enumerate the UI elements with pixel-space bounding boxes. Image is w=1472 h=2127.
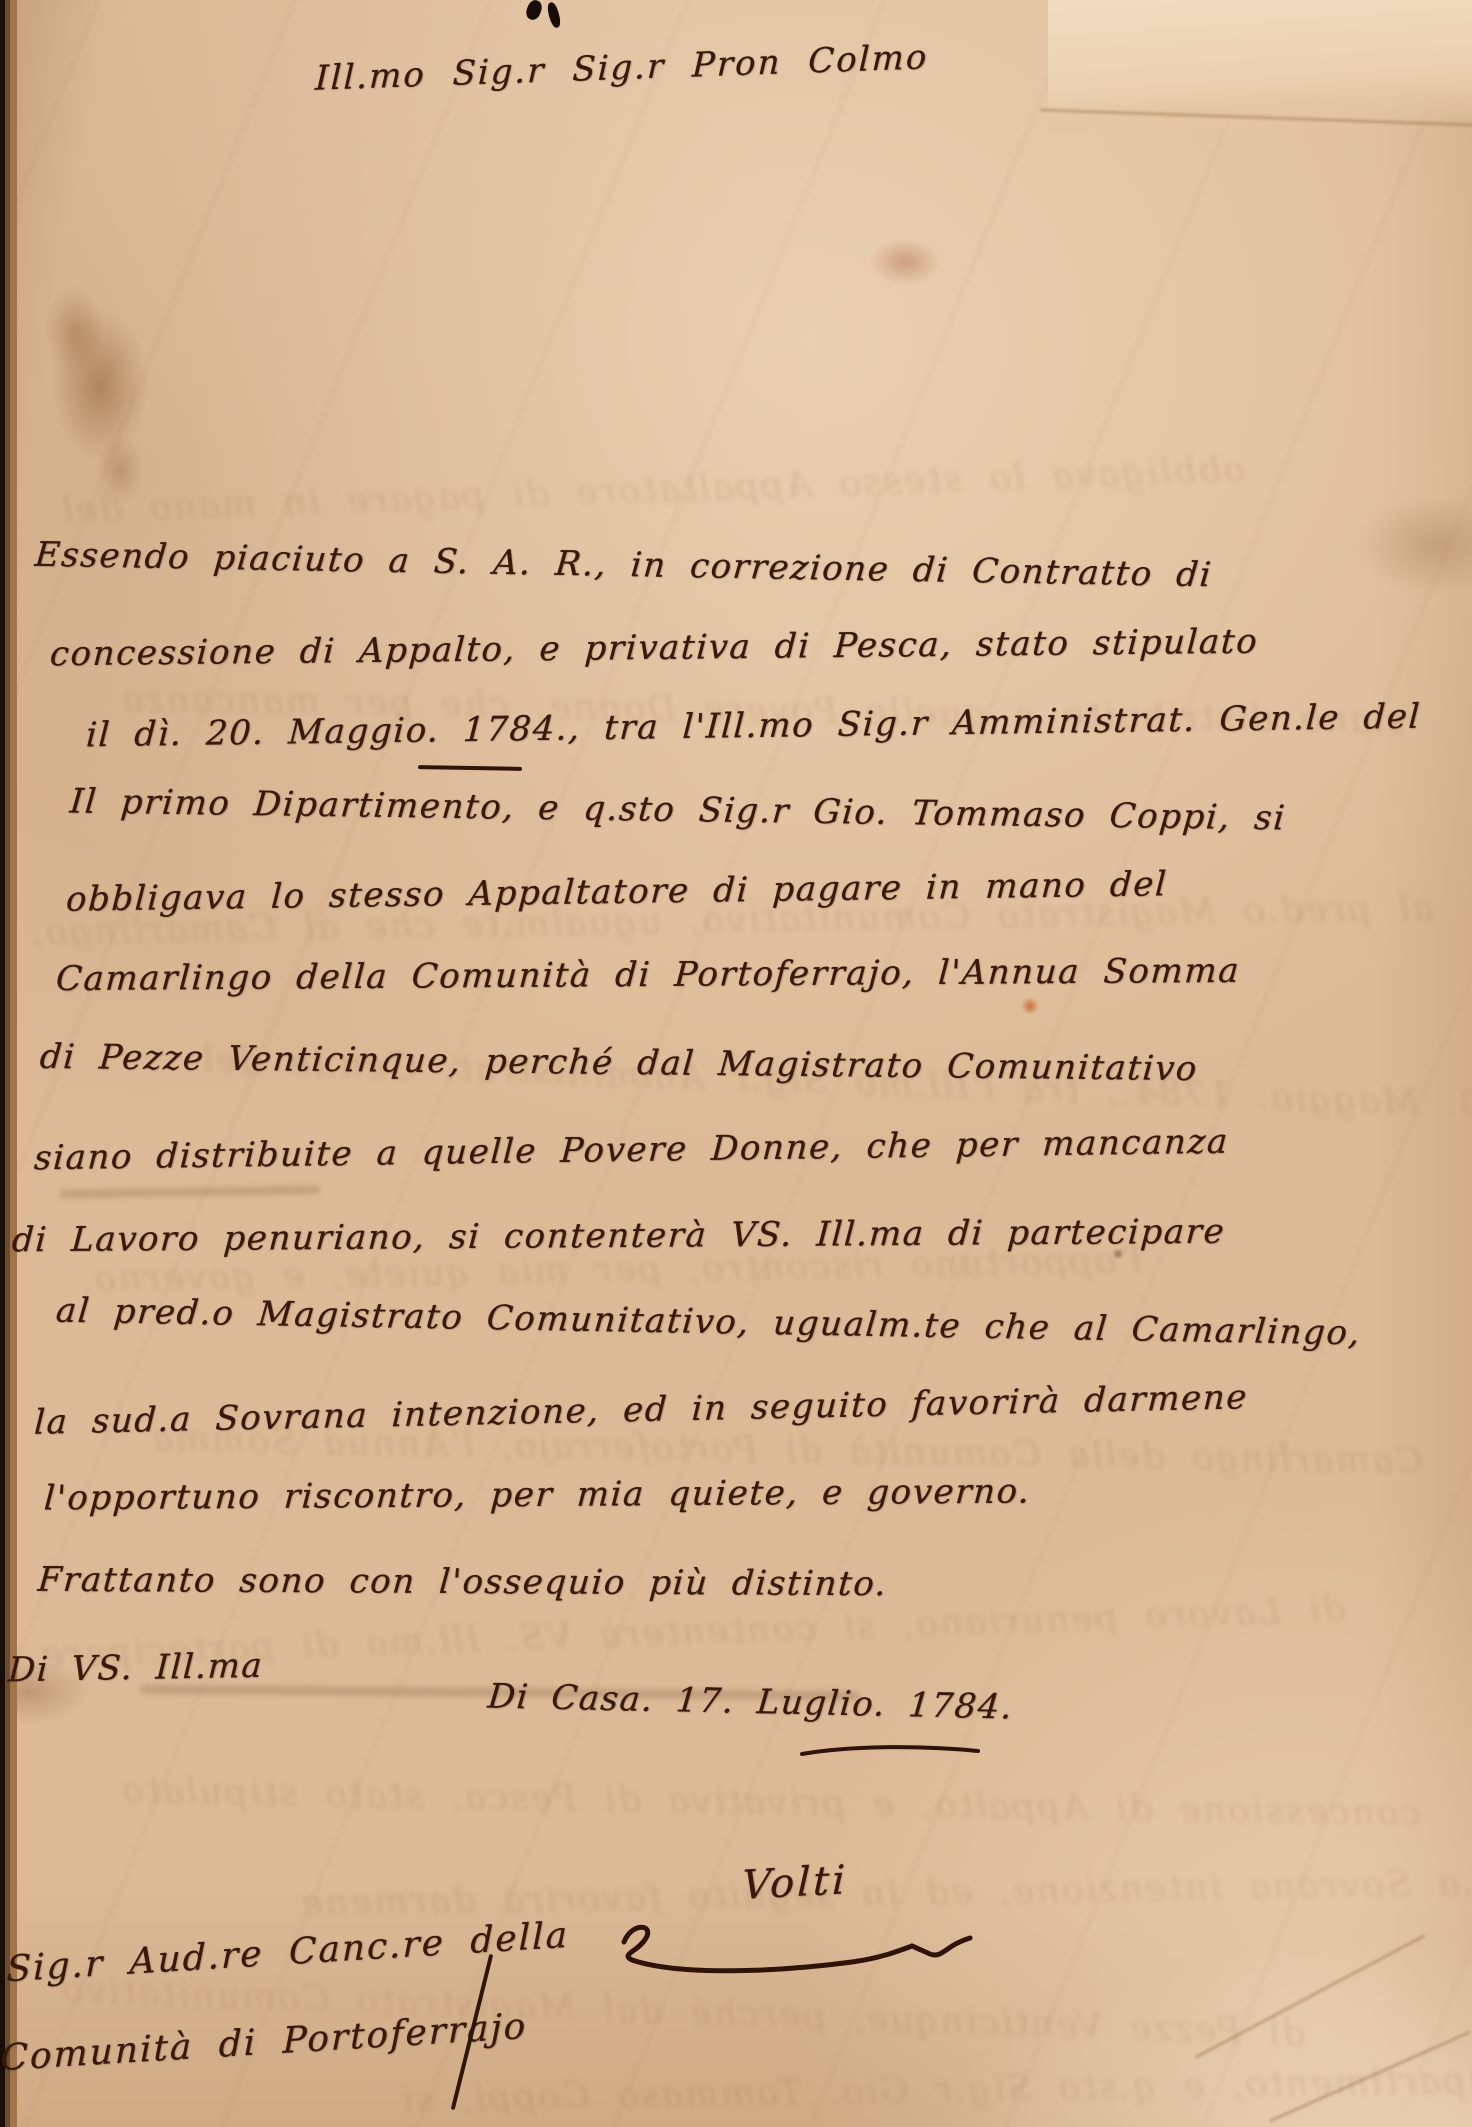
page-turn-note: Volti xyxy=(741,1857,848,1909)
showthrough-text: obbligava lo stesso Appaltatore di pagar… xyxy=(60,449,1246,531)
ink-smudge xyxy=(60,1186,320,1199)
showthrough-text: Il primo Dipartimento, e q.sto Sig.r Gio… xyxy=(400,2057,1472,2121)
closing-left: Di VS. Ill.ma xyxy=(7,1646,264,1690)
dateline-underline xyxy=(798,1742,983,1760)
body-line: concessione di Appalto, e privativa di P… xyxy=(49,622,1260,675)
body-line: siano distribuite a quelle Povere Donne,… xyxy=(33,1122,1230,1179)
body-line: l'opportuno riscontro, per mia quiete, e… xyxy=(43,1472,1032,1519)
body-line: Camarlingo della Comunità di Portoferraj… xyxy=(55,951,1242,999)
ink-blot xyxy=(524,0,544,22)
ink-blot xyxy=(546,1,562,29)
body-line: Il primo Dipartimento, e q.sto Sig.r Gio… xyxy=(68,782,1287,839)
dateline: Di Casa. 17. Luglio. 1784. xyxy=(486,1677,1015,1728)
salutation: Ill.mo Sig.r Sig.r Pron Colmo xyxy=(314,37,929,98)
flourish-stroke xyxy=(624,1927,970,1971)
body-line: al pred.o Magistrato Comunitativo, ugual… xyxy=(54,1291,1362,1354)
showthrough-text: concessione di Appalto, e privativa di P… xyxy=(120,1771,1421,1835)
underline-1784 xyxy=(418,765,522,771)
flourish-svg xyxy=(608,1912,998,1987)
dateline-underline-stroke xyxy=(802,1747,978,1754)
body-line: di Lavoro penuriano, si contenterà VS. I… xyxy=(11,1212,1227,1260)
body-line: Essendo piaciuto a S. A. R., in correzio… xyxy=(33,535,1214,595)
body-line: Frattanto sono con l'ossequio più distin… xyxy=(37,1560,889,1604)
scan-left-edge xyxy=(0,0,17,2127)
manuscript-page: obbligava lo stesso Appaltatore di pagar… xyxy=(0,0,1472,2127)
